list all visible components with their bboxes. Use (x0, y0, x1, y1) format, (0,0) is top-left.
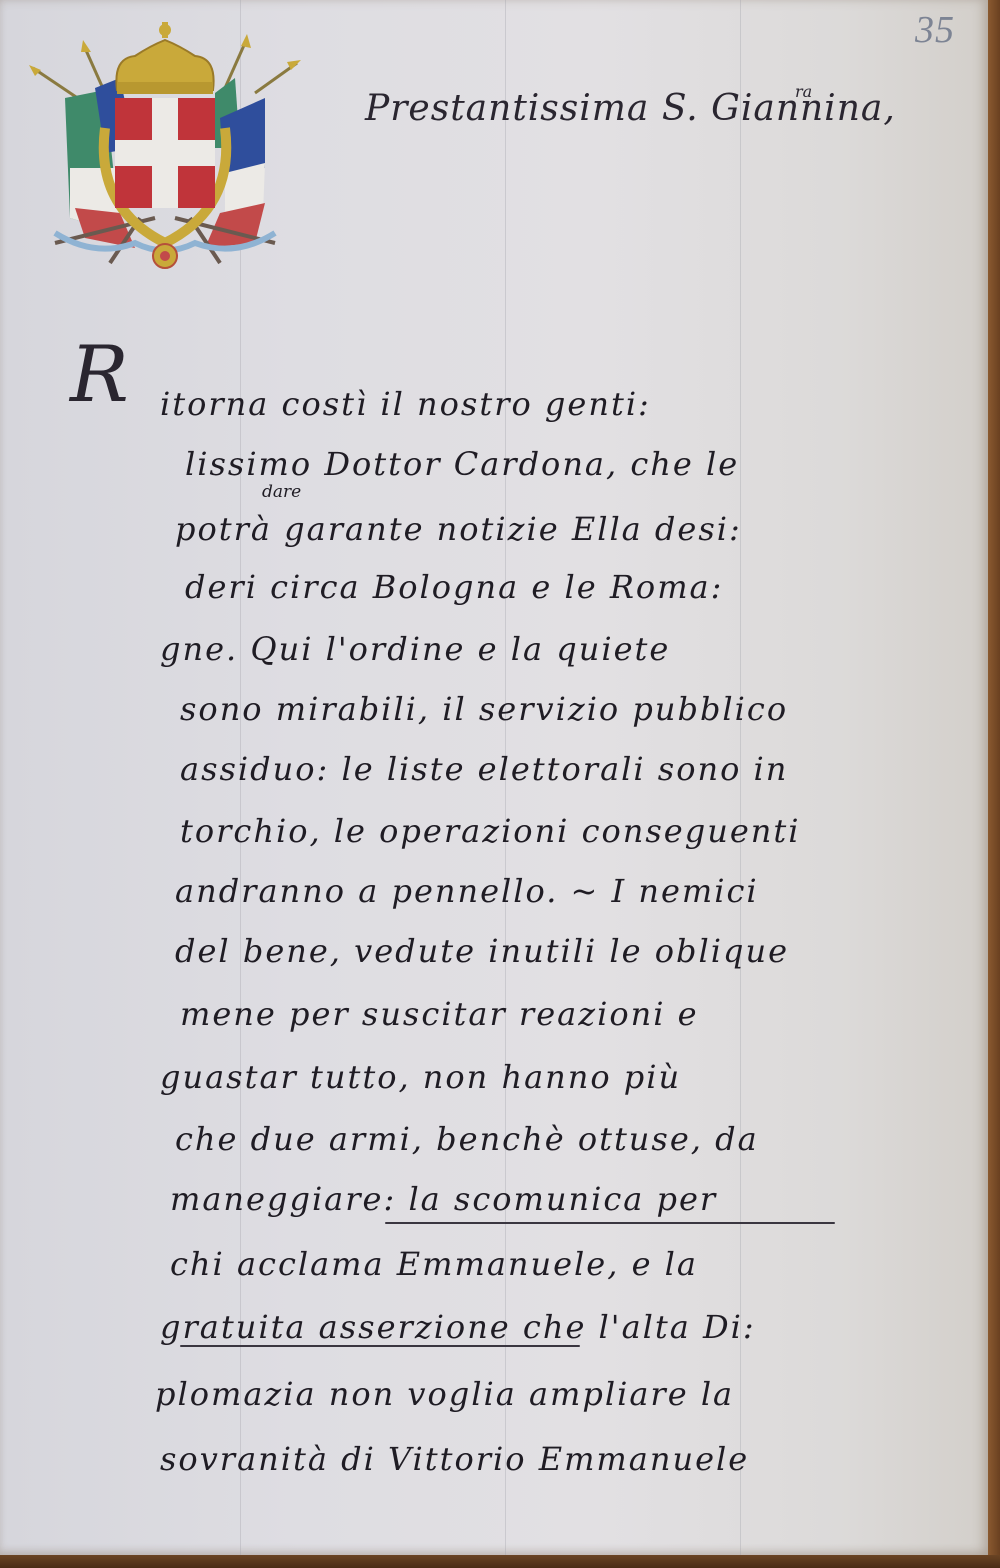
letter-line: lissimo Dottor Cardona, che le (185, 445, 739, 483)
letter-line: che due armi, benchè ottuse, da (175, 1120, 759, 1158)
savoy-coat-of-arms-icon (25, 18, 305, 273)
letter-line: sovranità di Vittorio Emmanuele (160, 1440, 749, 1478)
letter-page: 35 (0, 0, 988, 1555)
underline-gratuita-asserzione (180, 1345, 580, 1347)
salutation-superscript: ra (795, 82, 812, 101)
letter-line: mene per suscitar reazioni e (180, 995, 699, 1033)
letter-line: itorna costì il nostro genti: (160, 385, 651, 423)
letter-line: chi acclama Emmanuele, e la (170, 1245, 698, 1283)
letter-line: potrà garante notizie Ella desi: (175, 510, 742, 548)
letter-line: assiduo: le liste elettorali sono in (180, 750, 788, 788)
decorative-initial: R (70, 330, 129, 420)
wood-background-edge (988, 0, 1000, 1568)
letter-line: plomazia non voglia ampliare la (155, 1375, 734, 1413)
folio-number: 35 (915, 8, 955, 52)
interlinear-insertion: dare (262, 482, 301, 502)
letter-line: andranno a pennello. ~ I nemici (175, 872, 759, 910)
letter-line: del bene, vedute inutili le oblique (175, 932, 789, 970)
letter-line: maneggiare: la scomunica per (170, 1180, 717, 1218)
letter-line: gratuita asserzione che l'alta Di: (160, 1308, 756, 1346)
letter-line: gne. Qui l'ordine e la quiete (160, 630, 670, 668)
wood-background-edge (0, 1555, 1000, 1568)
underline-scomunica (385, 1222, 835, 1224)
salutation: Prestantissima S. Giannina, (365, 88, 896, 129)
letter-line: sono mirabili, il servizio pubblico (180, 690, 788, 728)
letter-line: deri circa Bologna e le Roma: (185, 568, 723, 606)
letter-line: torchio, le operazioni conseguenti (180, 812, 800, 850)
letter-line: guastar tutto, non hanno più (160, 1058, 681, 1096)
